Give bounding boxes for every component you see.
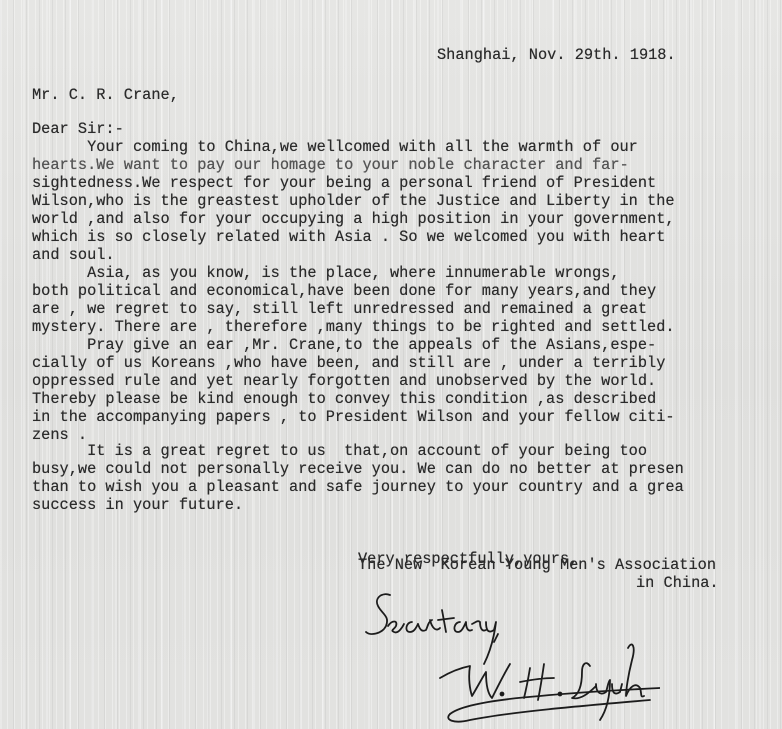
body-line: oppressed rule and yet nearly forgotten …: [32, 372, 656, 390]
body-line: are , we regret to say, still left unred…: [32, 300, 647, 318]
body-line: hearts.We want to pay our homage to your…: [32, 156, 629, 174]
body-line: cially of us Koreans ,who have been, and…: [32, 354, 665, 372]
body-line: mystery. There are , therefore ,many thi…: [32, 318, 675, 336]
body-line: Wilson,who is the greastest upholder of …: [32, 192, 675, 210]
body-line: both political and economical,have been …: [32, 282, 656, 300]
body-line: busy,we could not personally receive you…: [32, 460, 684, 478]
body-line: success in your future.: [32, 496, 243, 514]
body-line: which is so closely related with Asia . …: [32, 228, 665, 246]
dateline: Shanghai, Nov. 29th. 1918.: [437, 46, 676, 64]
salutation: Dear Sir:-: [32, 120, 124, 138]
handwritten-signature: Secretary, W. H. Lyuh: [360, 590, 660, 729]
body-line: Pray give an ear ,Mr. Crane,to the appea…: [32, 336, 656, 354]
body-line: Asia, as you know, is the place, where i…: [32, 264, 620, 282]
body-line: It is a great regret to us that,on accou…: [32, 442, 647, 460]
body-line: world ,and also for your occupying a hig…: [32, 210, 675, 228]
body-line: than to wish you a pleasant and safe jou…: [32, 478, 684, 496]
body-line: Thereby please be kind enough to convey …: [32, 390, 656, 408]
body-line: in the accompanying papers , to Presiden…: [32, 408, 675, 426]
sender-organization: The New Korean Young Men's Association: [358, 556, 716, 574]
recipient: Mr. C. R. Crane,: [32, 86, 179, 104]
signature-icon: [360, 590, 660, 729]
body-line: sightedness.We respect for your being a …: [32, 174, 656, 192]
letter-page: Shanghai, Nov. 29th. 1918. Mr. C. R. Cra…: [0, 0, 782, 729]
body-line: and soul.: [32, 246, 115, 264]
body-line: Your coming to China,we wellcomed with a…: [32, 138, 638, 156]
